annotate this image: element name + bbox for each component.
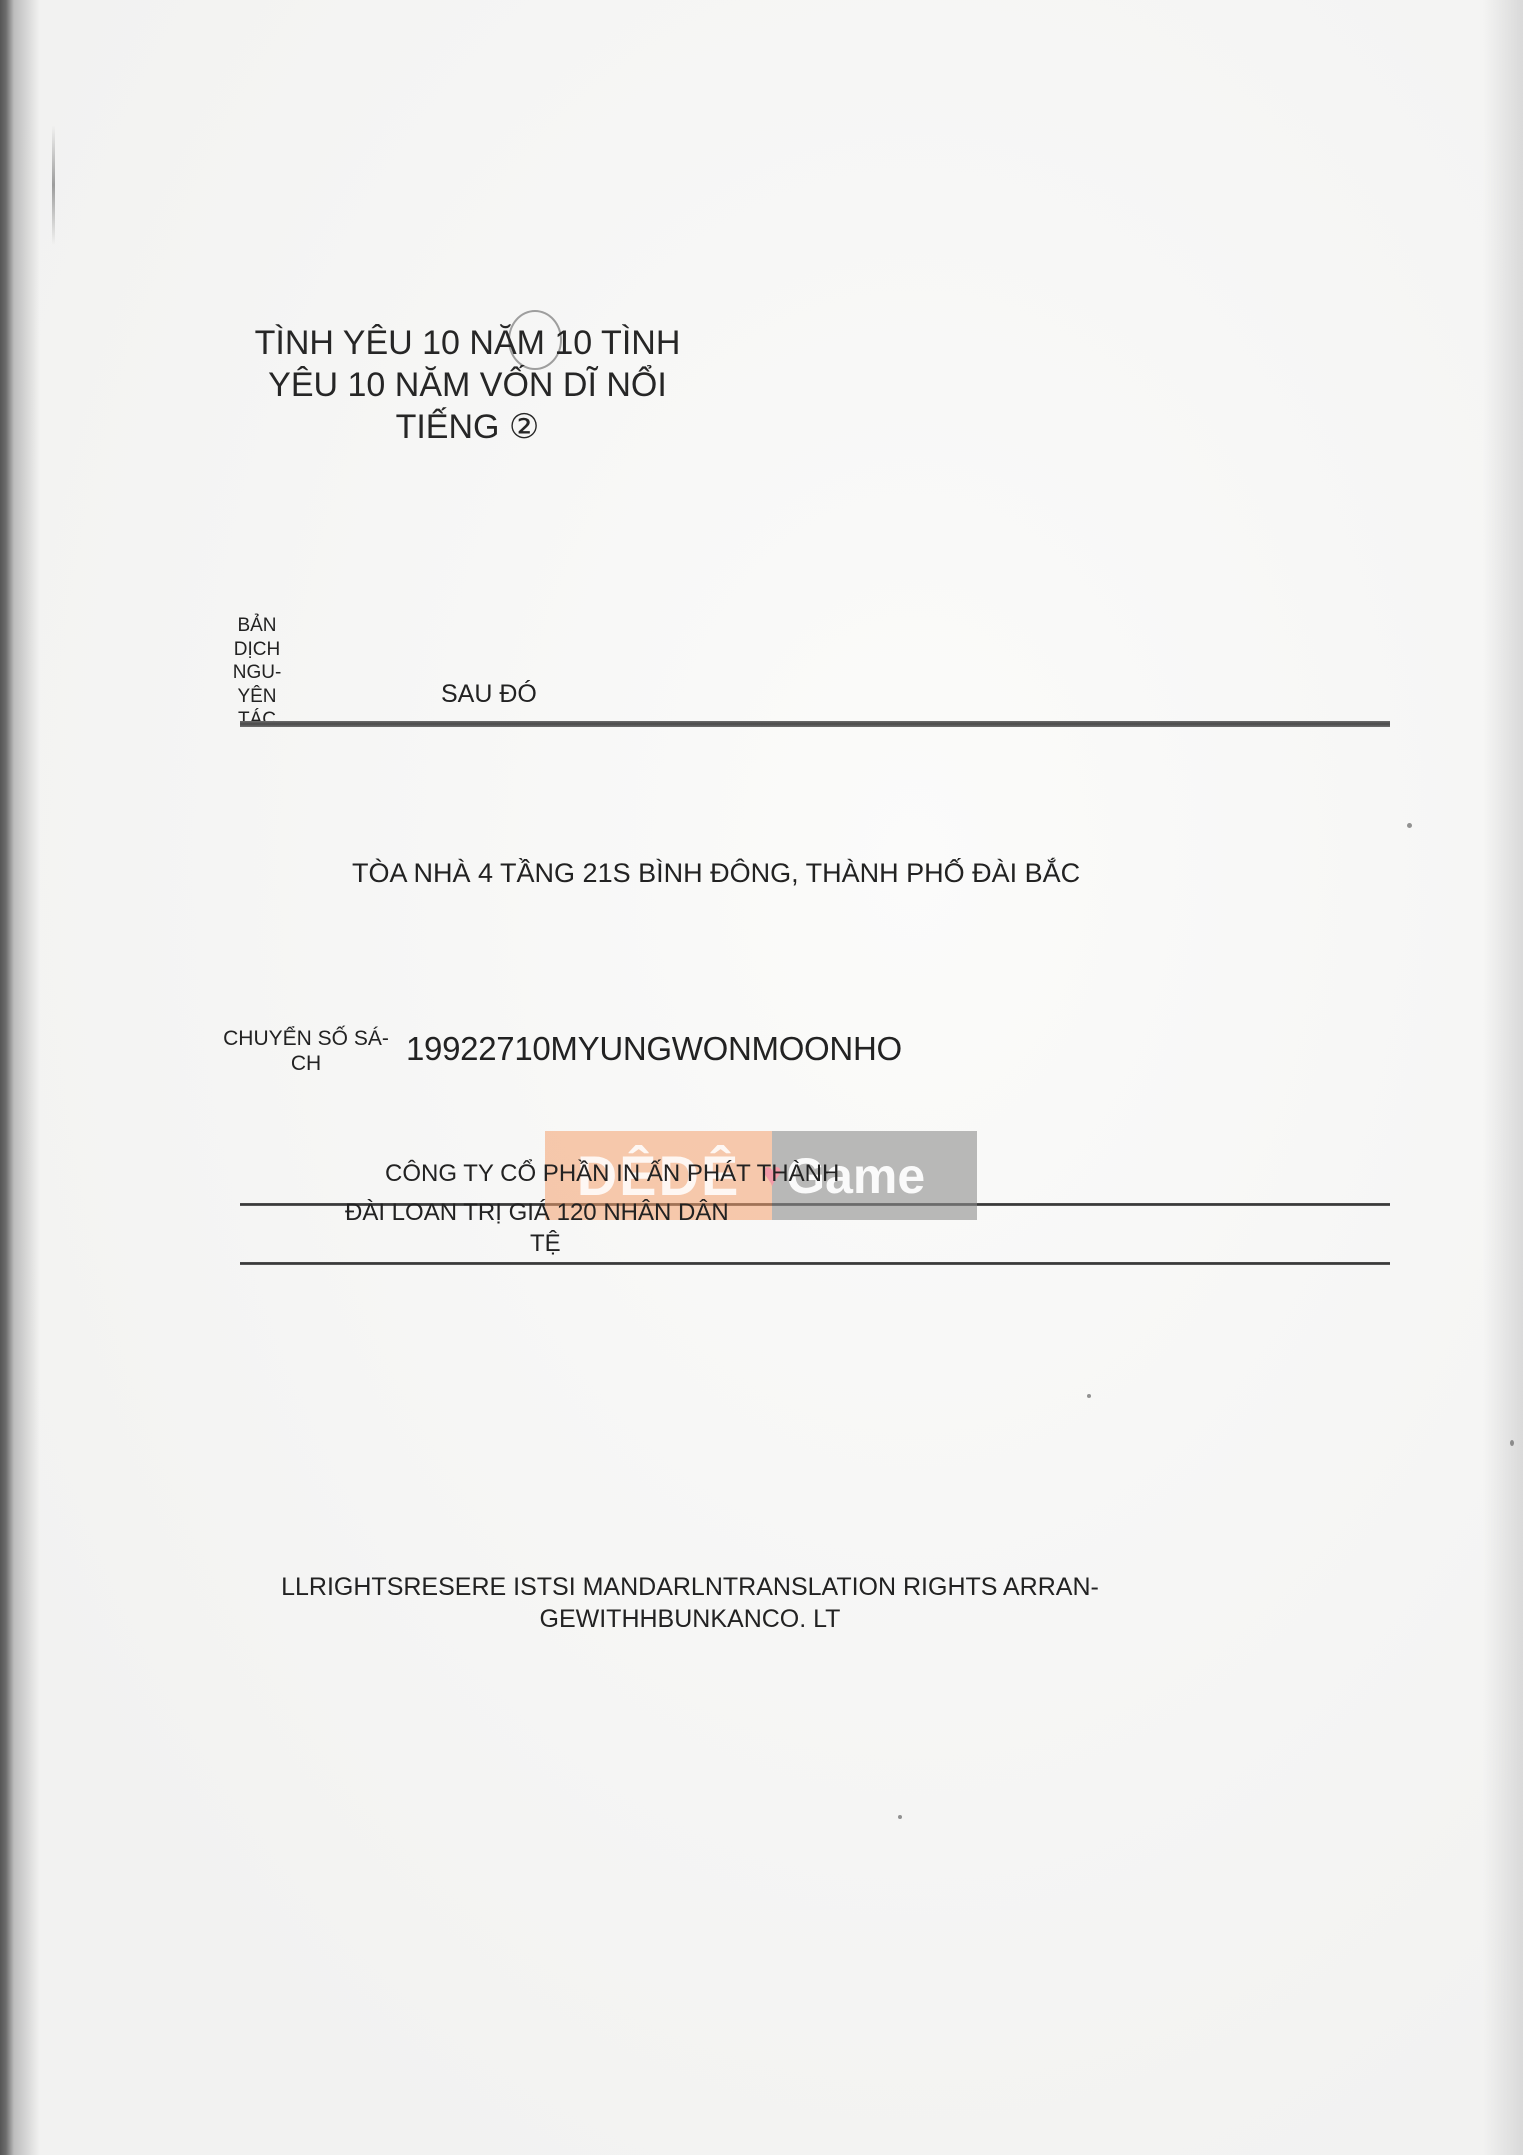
paper-speck: [898, 1815, 902, 1819]
paper-speck: [1407, 823, 1412, 828]
transfer-account-code: 19922710MYUNGWONMOONHO: [406, 1030, 902, 1068]
company-line-2: ĐÀI LOAN TRỊ GIÁ 120 NHÂN DÂN: [345, 1199, 729, 1227]
divider-lower: [240, 1262, 1390, 1265]
company-line-1: CÔNG TY CỔ PHẦN IN ẤN PHÁT THÀNH: [385, 1160, 839, 1188]
transfer-account-label: CHUYỂN SỐ SÁ-CH: [216, 1026, 396, 1076]
after-label: SAU ĐÓ: [441, 680, 537, 709]
publisher-address: TÒA NHÀ 4 TẦNG 21S BÌNH ĐÔNG, THÀNH PHỐ …: [352, 858, 1080, 889]
paper-background: [0, 0, 1523, 2155]
paper-speck: [1087, 1394, 1091, 1398]
divider-thick: [240, 721, 1390, 727]
paper-crease: [52, 125, 55, 245]
company-line-3: TỆ: [530, 1230, 561, 1258]
paper-speck: [1510, 1440, 1514, 1446]
copyright-notice: LLRIGHTSRESERE ISTSI MANDARLNTRANSLATION…: [190, 1571, 1190, 1635]
book-title: TÌNH YÊU 10 NĂM 10 TÌNH YÊU 10 NĂM VỐN D…: [230, 322, 705, 448]
original-translation-label: BẢN DỊCH NGU-YÊN TÁC: [226, 614, 288, 732]
